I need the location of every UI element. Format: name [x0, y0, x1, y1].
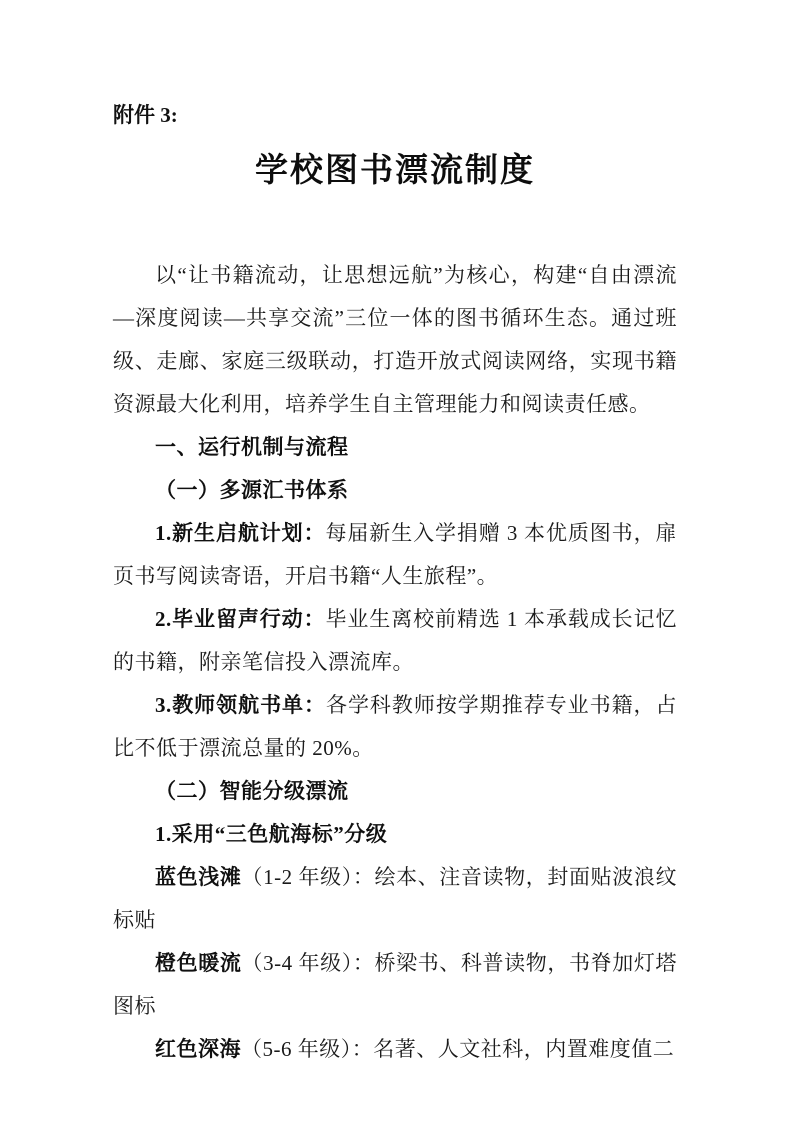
- item-freshman-plan: 1.新生启航计划：每届新生入学捐赠 3 本优质图书，扉页书写阅读寄语，开启书籍“…: [113, 512, 677, 598]
- item-red-deep-text: （5-6 年级）：名著、人文社科，内置难度值二: [241, 1037, 674, 1061]
- document-body: 以“让书籍流动，让思想远航”为核心，构建“自由漂流—深度阅读—共享交流”三位一体…: [113, 254, 677, 1071]
- item-freshman-plan-lead: 1.新生启航计划：: [155, 521, 326, 545]
- item-orange-warm-lead: 橙色暖流: [155, 951, 241, 975]
- item-teacher-list-lead: 3.教师领航书单：: [155, 693, 326, 717]
- item-graduate-action-lead: 2.毕业留声行动：: [155, 607, 326, 631]
- attachment-label: 附件 3:: [113, 100, 677, 130]
- item-blue-shallow-lead: 蓝色浅滩: [155, 865, 241, 889]
- section-heading-mechanism: 一、运行机制与流程: [113, 426, 677, 469]
- subheading-graded-drift: （二）智能分级漂流: [113, 770, 677, 813]
- item-teacher-list: 3.教师领航书单：各学科教师按学期推荐专业书籍，占比不低于漂流总量的 20%。: [113, 684, 677, 770]
- document-page: 附件 3: 学校图书漂流制度 以“让书籍流动，让思想远航”为核心，构建“自由漂流…: [0, 0, 793, 1122]
- item-red-deep: 红色深海（5-6 年级）：名著、人文社科，内置难度值二: [113, 1028, 677, 1071]
- item-blue-shallow: 蓝色浅滩（1-2 年级）：绘本、注音读物，封面贴波浪纹标贴: [113, 856, 677, 942]
- document-title: 学校图书漂流制度: [113, 148, 677, 194]
- item-three-color-grading: 1.采用“三色航海标”分级: [113, 813, 677, 856]
- item-red-deep-lead: 红色深海: [155, 1037, 241, 1061]
- item-orange-warm: 橙色暖流（3-4 年级）：桥梁书、科普读物，书脊加灯塔图标: [113, 942, 677, 1028]
- paragraph-intro: 以“让书籍流动，让思想远航”为核心，构建“自由漂流—深度阅读—共享交流”三位一体…: [113, 254, 677, 426]
- subheading-book-sources: （一）多源汇书体系: [113, 469, 677, 512]
- item-graduate-action: 2.毕业留声行动：毕业生离校前精选 1 本承载成长记忆的书籍，附亲笔信投入漂流库…: [113, 598, 677, 684]
